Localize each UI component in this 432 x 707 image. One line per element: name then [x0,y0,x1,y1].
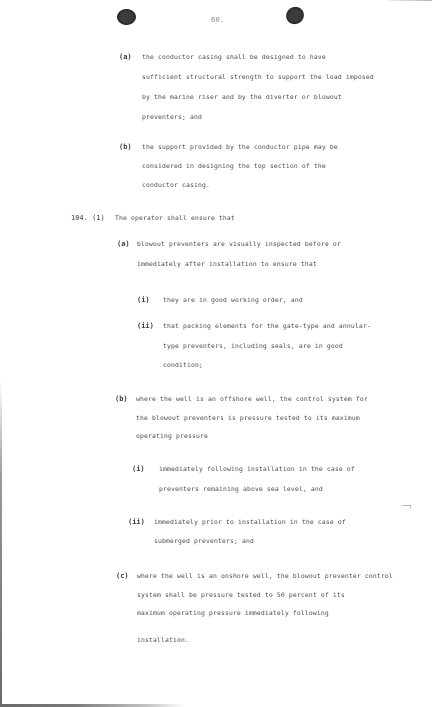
clause-label: (b) [119,143,132,151]
punch-hole-icon [117,9,136,25]
clause-line: considered in designing the top section … [142,162,326,170]
clause-line: maximum operating pressure immediately f… [137,609,329,617]
clause-line: the blowout preventers is pressure teste… [136,414,360,422]
section-number: 104. (1) [71,214,105,222]
stray-mark [402,505,411,509]
scan-edge-left [0,380,2,706]
clause-line: immediately after installation to ensure… [137,260,317,268]
subclause-line: they are in good working order, and [163,296,303,304]
clause-line: the conductor casing shall be designed t… [142,53,326,61]
subclause-label: (ii) [128,518,145,526]
clause-line: preventers; and [142,113,202,121]
page-number: 60. [211,16,225,24]
subclause-line: condition; [163,361,203,369]
subclause-line: immediately following installation in th… [159,465,355,473]
clause-line: where the well is an onshore well, the b… [137,572,393,580]
document-page: 60. (a) the conductor casing shall be de… [0,0,432,707]
subclause-line: that packing elements for the gate-type … [163,322,371,330]
subclause-line: preventers remaining above sea level, an… [159,485,323,493]
clause-label: (a) [117,240,130,248]
punch-hole-icon [283,4,307,28]
subclause-label: (ii) [137,322,154,330]
clause-line: system shall be pressure tested to 50 pe… [137,591,345,599]
subclause-line: type preventers, including seals, are in… [163,342,343,350]
clause-line: installation. [137,636,189,644]
clause-line: by the marine riser and by the diverter … [142,93,342,101]
clause-label: (c) [116,572,129,580]
subclause-label: (i) [137,296,150,304]
clause-label: (b) [115,395,128,403]
subclause-line: immediately prior to installation in the… [154,518,346,526]
scan-edge-top [388,0,432,1]
clause-line: blowout preventers are visually inspecte… [137,240,341,248]
subclause-line: submerged preventers; and [154,537,254,545]
subclause-label: (i) [132,465,145,473]
clause-line: where the well is an offshore well, the … [136,395,368,403]
clause-label: (a) [119,53,132,61]
clause-line: the support provided by the conductor pi… [142,143,338,151]
section-intro: The operator shall ensure that [115,214,235,222]
clause-line: conductor casing. [142,181,210,189]
clause-line: sufficient structural strength to suppor… [142,73,374,81]
clause-line: operating pressure [136,432,208,440]
